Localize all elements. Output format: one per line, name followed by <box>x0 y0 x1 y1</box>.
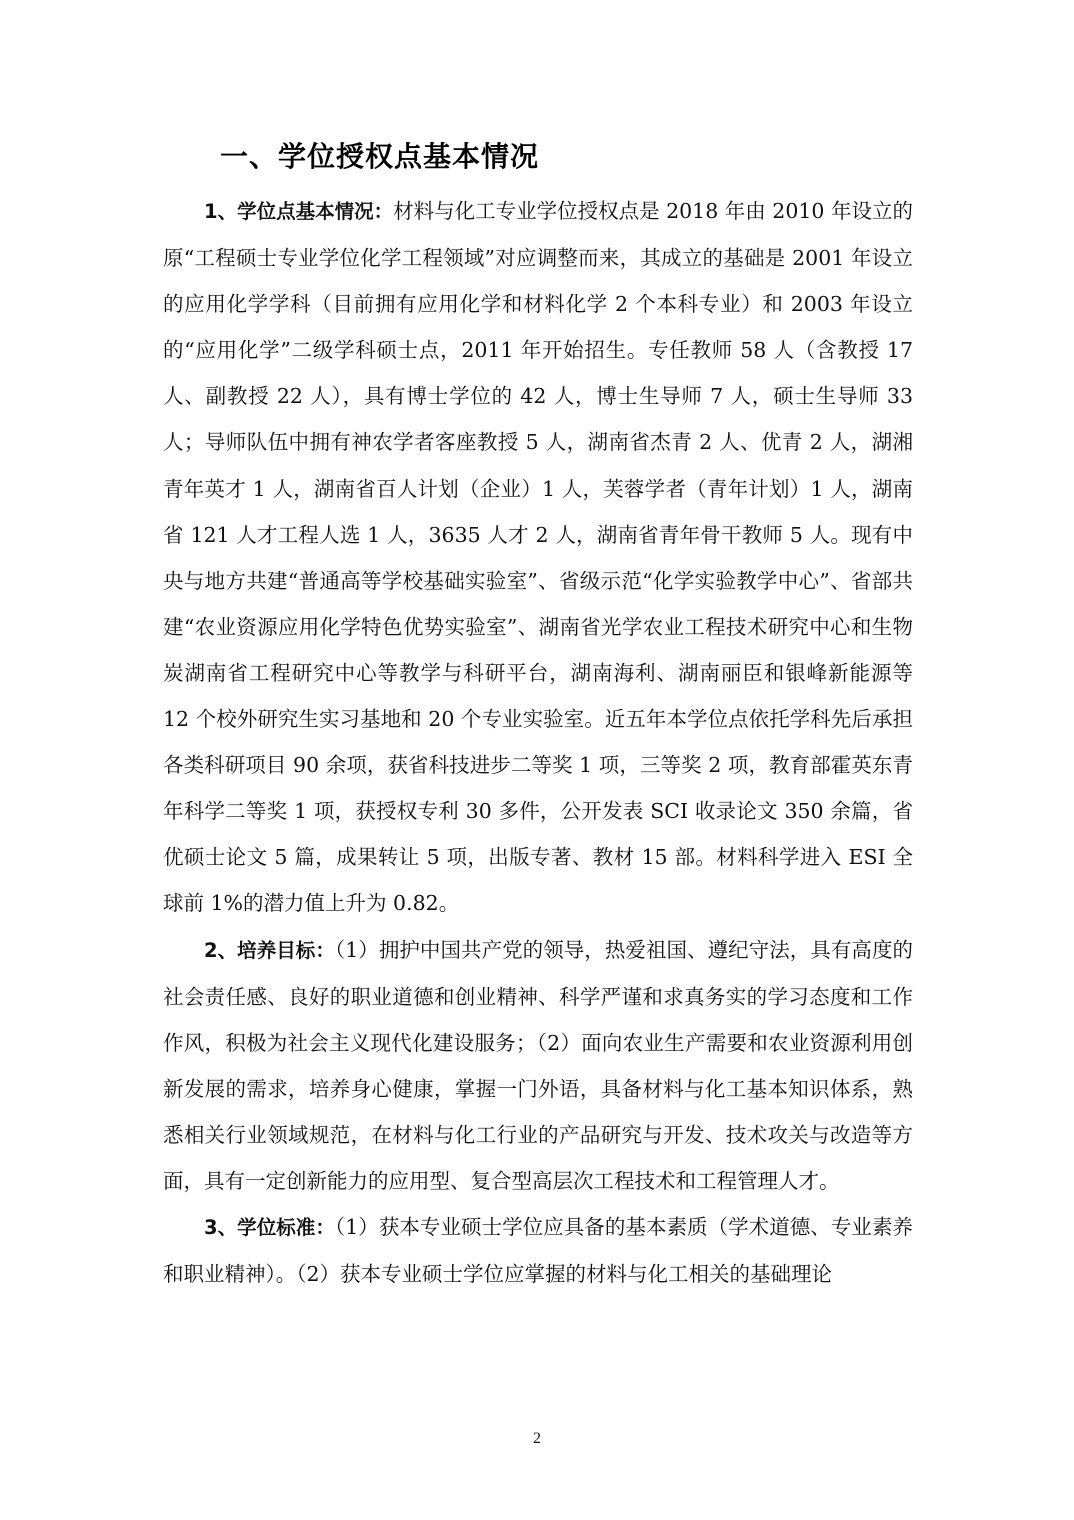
paragraph-basic-info: 1、学位点基本情况：材料与化工专业学位授权点是 2018 年由 2010 年设立… <box>163 188 913 927</box>
paragraph-text: （1）拥护中国共产党的领导，热爱祖国、遵纪守法，具有高度的社会责任感、良好的职业… <box>163 938 913 1193</box>
paragraph-label: 2、培养目标： <box>204 939 335 962</box>
page-number: 2 <box>0 1430 1074 1448</box>
paragraph-label: 3、学位标准： <box>204 1216 335 1239</box>
document-page: 一、学位授权点基本情况 1、学位点基本情况：材料与化工专业学位授权点是 2018… <box>0 0 1074 1520</box>
paragraph-label: 1、学位点基本情况： <box>204 200 393 223</box>
paragraph-training-goals: 2、培养目标：（1）拥护中国共产党的领导，热爱祖国、遵纪守法，具有高度的社会责任… <box>163 927 913 1205</box>
paragraph-degree-standards: 3、学位标准：（1）获本专业硕士学位应具备的基本素质（学术道德、专业素养和职业精… <box>163 1204 913 1297</box>
paragraph-text: 材料与化工专业学位授权点是 2018 年由 2010 年设立的原“工程硕士专业学… <box>163 199 913 915</box>
document-body: 1、学位点基本情况：材料与化工专业学位授权点是 2018 年由 2010 年设立… <box>163 188 913 1297</box>
section-heading: 一、学位授权点基本情况 <box>220 137 539 177</box>
